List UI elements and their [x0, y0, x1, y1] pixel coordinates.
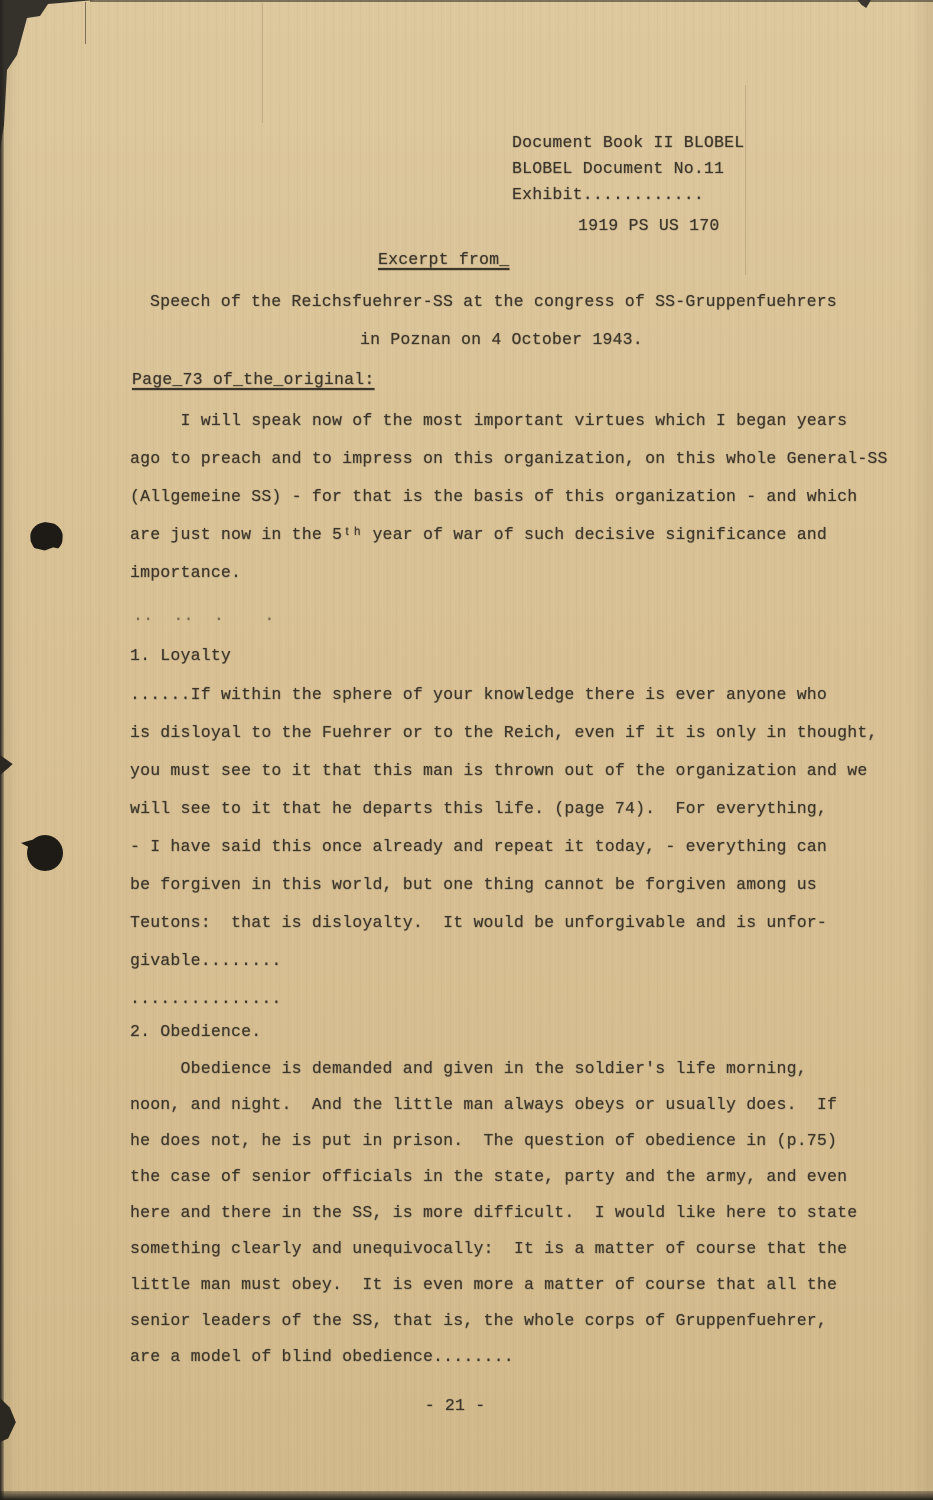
punch-hole [27, 835, 63, 871]
text-line: you must see to it that this man is thro… [130, 760, 878, 798]
text-line: ............... [130, 988, 878, 1026]
text-line: is disloyal to the Fuehrer or to the Rei… [130, 722, 878, 760]
section-1-paragraph: ......If within the sphere of your knowl… [130, 684, 878, 1026]
text-line: are a model of blind obedience........ [130, 1346, 857, 1382]
speech-title-line-2: in Poznan on 4 October 1943. [360, 330, 643, 349]
top-scan-edge [90, 0, 933, 2]
text-line: - I have said this once already and repe… [130, 836, 878, 874]
text-line: here and there in the SS, is more diffic… [130, 1202, 857, 1238]
document-book-stamp: Document Book II BLOBELBLOBEL Document N… [512, 132, 744, 210]
text-line: he does not, he is put in prison. The qu… [130, 1130, 857, 1166]
text-line: senior leaders of the SS, that is, the w… [130, 1310, 857, 1346]
text-line: importance. [130, 562, 888, 600]
text-line: givable........ [130, 950, 878, 988]
text-line: Exhibit............ [512, 184, 744, 210]
paper-crease [262, 3, 263, 123]
text-line: something clearly and unequivocally: It … [130, 1238, 857, 1274]
text-line: are just now in the 5ᵗʰ year of war of s… [130, 524, 888, 562]
page-reference: Page_73 of_the_original: [132, 370, 374, 389]
section-1-heading: 1. Loyalty [130, 646, 231, 665]
text-line: little man must obey. It is even more a … [130, 1274, 857, 1310]
excerpt-title: Excerpt from_ [378, 250, 509, 269]
text-line: the case of senior officials in the stat… [130, 1166, 857, 1202]
bottom-scan-edge [0, 1491, 933, 1500]
section-2-heading: 2. Obedience. [130, 1022, 261, 1041]
text-line: ago to preach and to impress on this org… [130, 448, 888, 486]
exhibit-number: 1919 PS US 170 [578, 216, 719, 235]
paper-crack-artifact [85, 2, 86, 44]
scanned-document-page: Document Book II BLOBELBLOBEL Document N… [0, 0, 933, 1500]
paper-crease [745, 85, 746, 275]
text-line: Obedience is demanded and given in the s… [130, 1058, 857, 1094]
text-line: (Allgemeine SS) - for that is the basis … [130, 486, 888, 524]
text-line: noon, and night. And the little man alwa… [130, 1094, 857, 1130]
text-line: ......If within the sphere of your knowl… [130, 684, 878, 722]
text-line: Document Book II BLOBEL [512, 132, 744, 158]
text-line: I will speak now of the most important v… [130, 410, 888, 448]
paragraph-1: I will speak now of the most important v… [130, 410, 888, 600]
faint-dots-line: .. .. . . [133, 606, 274, 625]
speech-title-line-1: Speech of the Reichsfuehrer-SS at the co… [150, 292, 837, 311]
left-scan-edge [0, 0, 4, 1500]
text-line: BLOBEL Document No.11 [512, 158, 744, 184]
section-2-paragraph: Obedience is demanded and given in the s… [130, 1058, 857, 1382]
text-line: Teutons: that is disloyalty. It would be… [130, 912, 878, 950]
page-number: - 21 - [0, 1396, 910, 1415]
text-line: be forgiven in this world, but one thing… [130, 874, 878, 912]
text-line: will see to it that he departs this life… [130, 798, 878, 836]
